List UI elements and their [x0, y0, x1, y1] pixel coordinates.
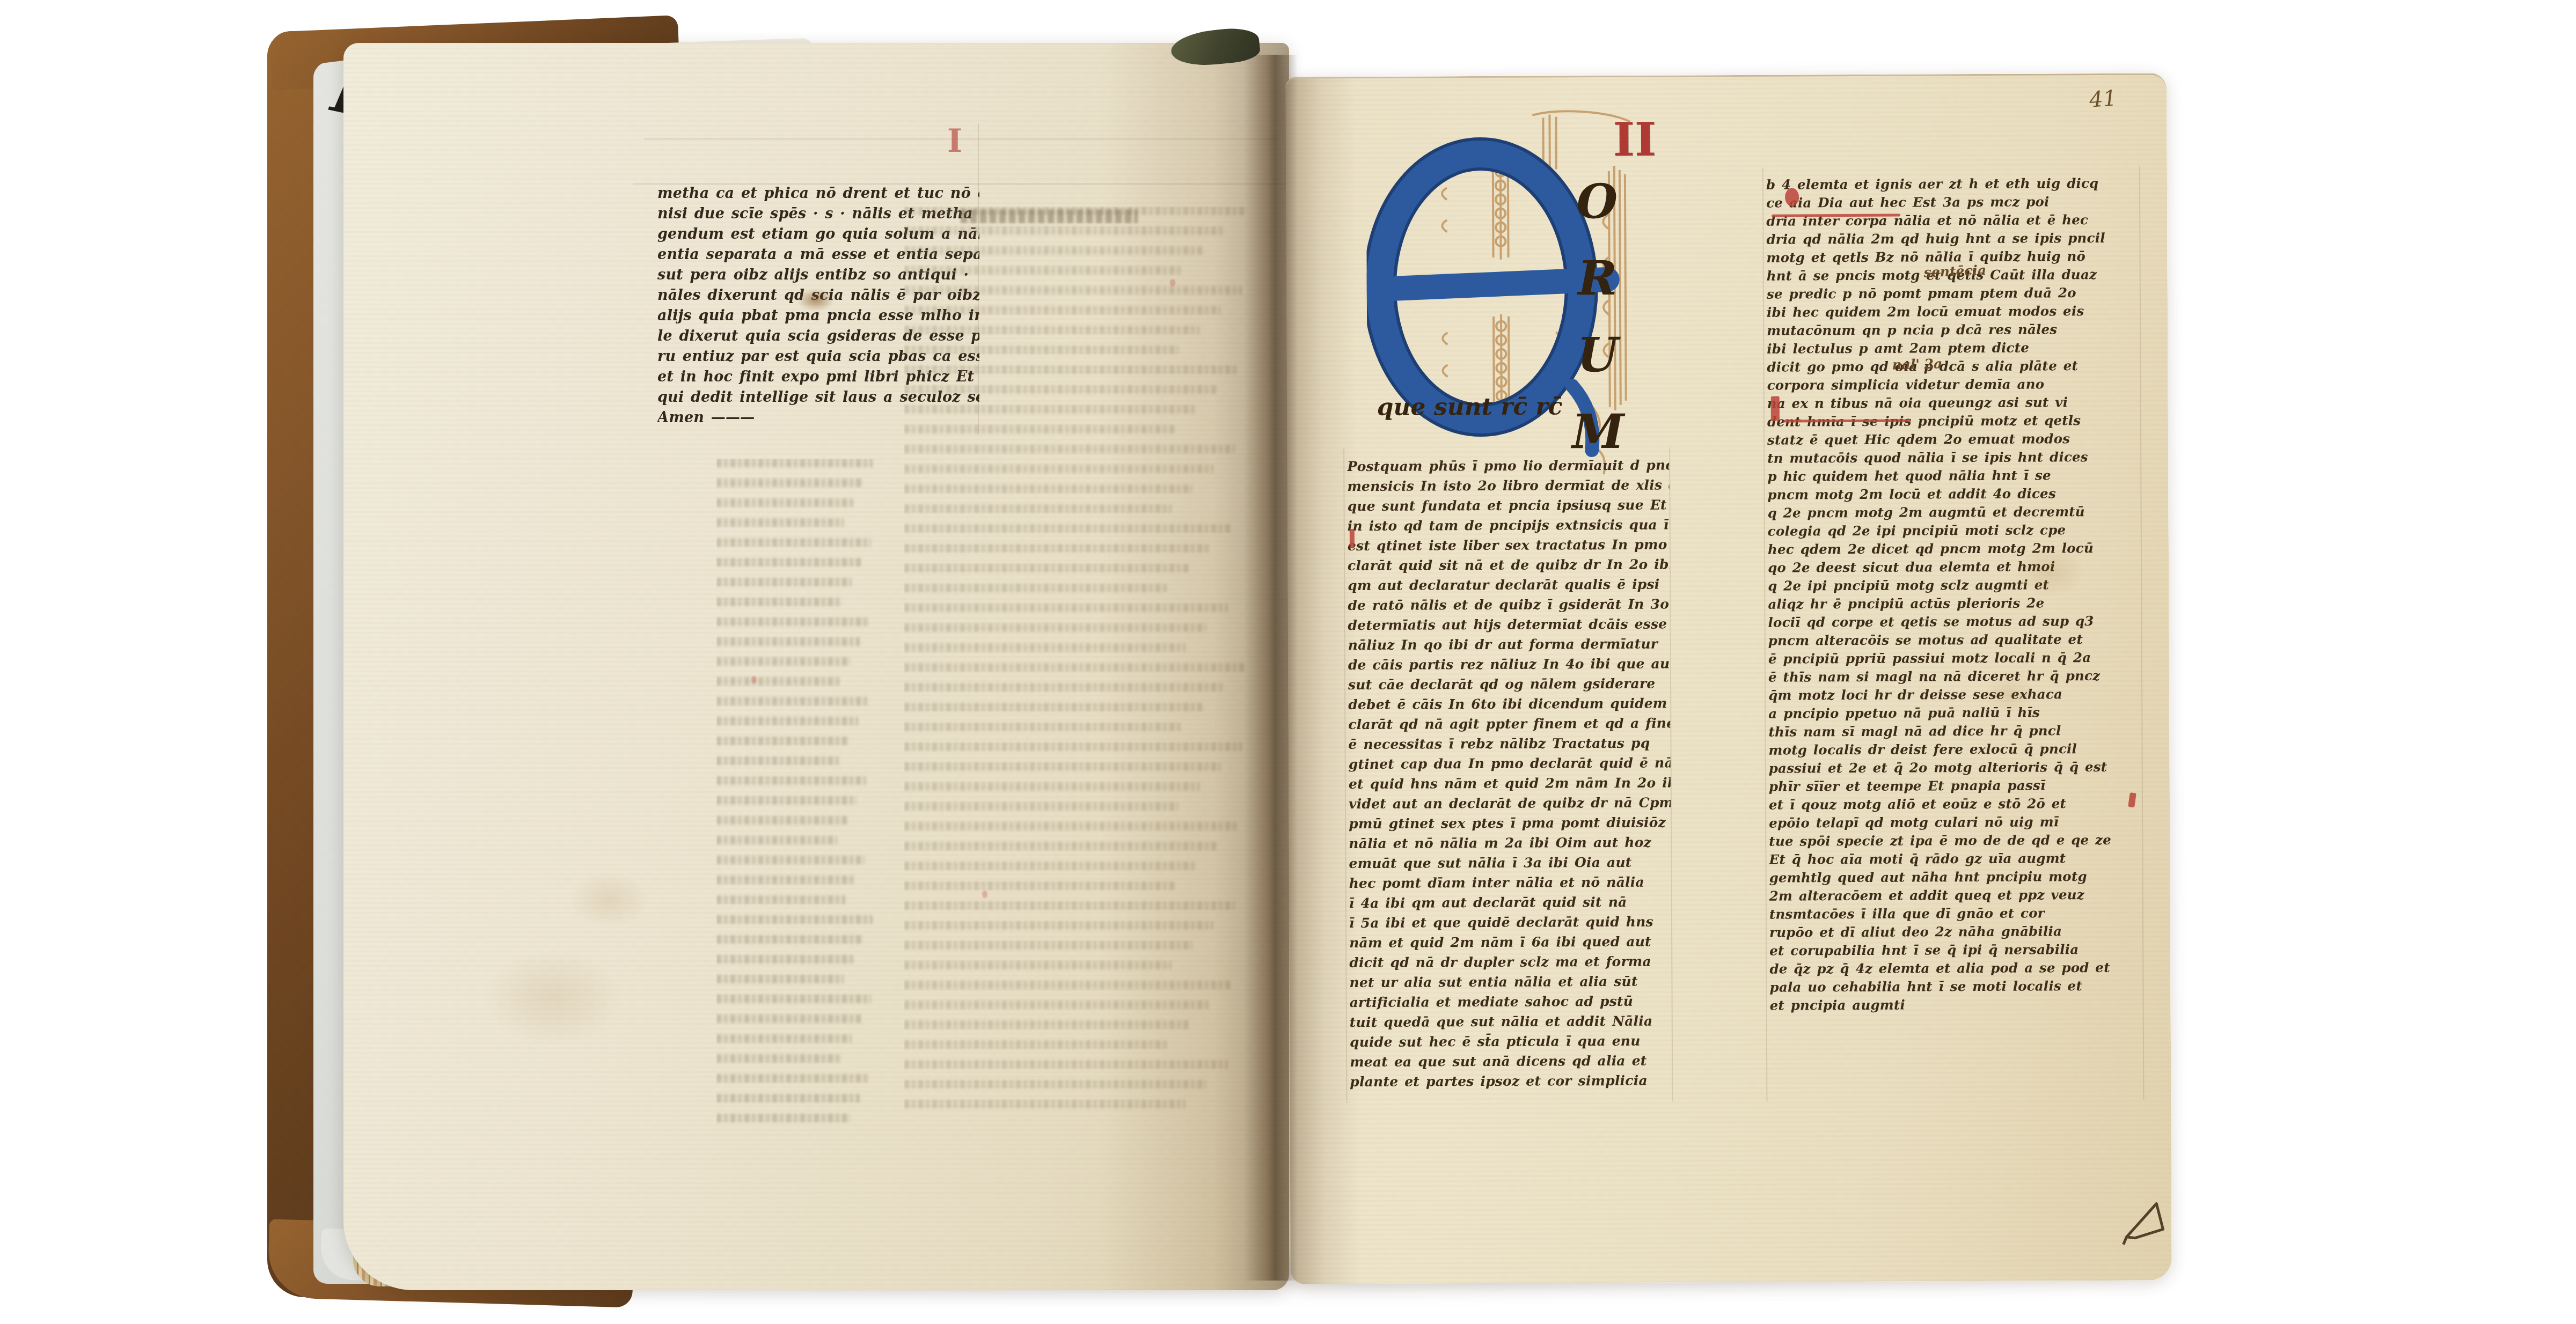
manuscript-line: et quid hns nām et quid 2m nām In 2o ibi	[1349, 773, 1671, 794]
manuscript-line: 2m alteracōem et addit queq et ppz veuz	[1769, 886, 2140, 906]
show-through-line	[716, 756, 839, 765]
show-through-header	[961, 209, 1138, 223]
manuscript-line: b 4 elemta et ignis aer zt h et eth uig …	[1766, 174, 2136, 194]
show-through-line	[904, 484, 1192, 493]
manuscript-line: dicit qd nā dr dupler sclz ma et forma	[1349, 951, 1671, 973]
show-through-line	[904, 961, 1172, 969]
rubric-underline	[1783, 420, 1911, 423]
manuscript-line: emuāt que sut nālia ī 3a ibi Oia aut	[1349, 852, 1671, 873]
show-through-line	[904, 405, 1196, 414]
show-through-line	[716, 617, 869, 626]
show-through-line	[904, 643, 1185, 652]
manuscript-line: nisi due scīe spēs · s · nālis et metha …	[657, 204, 979, 224]
show-through-line	[904, 802, 1179, 811]
show-through-line	[716, 637, 860, 646]
manuscript-photo: L I metha ca et phica nō drent et tuc nō…	[0, 0, 2576, 1324]
show-through-rubric-fleck	[982, 891, 987, 898]
show-through-line	[904, 1020, 1189, 1029]
manuscript-line: mutacōnum qn p ncia p dcā res nāles	[1767, 320, 2137, 340]
foxing-stain	[2015, 546, 2084, 598]
show-through-line	[716, 856, 865, 864]
show-through-line	[716, 995, 871, 1003]
text-column-2: b 4 elemta et ignis aer zt h et eth uig …	[1766, 174, 2140, 1015]
show-through-line	[716, 796, 857, 805]
show-through-line	[904, 663, 1245, 672]
manuscript-line: que sunt fundata et pncia ipsiusq sue Et…	[1348, 495, 1670, 516]
manuscript-line: Et q̄ hoc aīa moti q̄ rādo gz uīa augmt	[1769, 849, 2139, 869]
show-through-line	[716, 935, 863, 944]
show-through-line	[904, 286, 1242, 295]
manuscript-line: ī 5a ibi et que quidē declarāt quid hns	[1349, 911, 1671, 933]
show-through-line	[904, 623, 1206, 632]
show-through-line	[904, 1060, 1228, 1069]
show-through-line	[716, 717, 858, 725]
manuscript-line: gendum est etiam go quia solum a nāli pb…	[657, 224, 979, 245]
show-through-line	[904, 266, 1182, 275]
show-through-line	[904, 1001, 1210, 1009]
manuscript-line: et pncipia augmti	[1770, 995, 2140, 1015]
rubric-paragraph-mark	[1350, 529, 1355, 548]
manuscript-line: ibi hec quidem 2m locū emuat modos eis	[1767, 302, 2137, 322]
show-through-line	[716, 697, 868, 705]
manuscript-line: dria qd nālia 2m qd huig hnt a se ipis p…	[1766, 229, 2136, 249]
show-through-line	[716, 598, 842, 606]
manuscript-line: mensicis In isto 2o libro dermīat de xli…	[1347, 475, 1669, 496]
manuscript-line: Amen ———	[657, 408, 979, 428]
show-through-rubric-fleck	[1170, 279, 1175, 286]
manuscript-line: aliqz hr ē pncipiū actūs plerioris 2e	[1768, 594, 2138, 614]
text-column-1: Postquam phūs ī pmo lio dermīauit d pnci…	[1347, 455, 1672, 1092]
marginal-gloss: nal' 2a	[1892, 356, 1942, 372]
foxing-stain	[569, 872, 649, 928]
manuscript-line: q̄m motz loci hr dr deisse sese exhaca	[1768, 685, 2139, 705]
show-through-line	[716, 975, 844, 983]
manuscript-line: nālia et nō nālia m 2a ibi Oim aut hoz	[1349, 832, 1671, 854]
ruling-line	[644, 138, 1277, 139]
show-through-line	[716, 1074, 869, 1083]
manuscript-line: de ratō nālis et de quibz ī gsiderāt In …	[1348, 594, 1670, 615]
show-through-line	[716, 776, 866, 785]
pen-trial-doodle	[2117, 1195, 2182, 1260]
manuscript-line: tn mutacōis quod nālia ī se ipis hnt dic…	[1767, 448, 2138, 468]
manuscript-line: net ur alia sut entia nālia et alia sūt	[1349, 971, 1671, 992]
show-through-line	[904, 465, 1213, 473]
show-through-line	[716, 578, 852, 586]
manuscript-line: pmū gtinet sex ptes ī pma pomt diuisiōz	[1349, 812, 1671, 834]
manuscript-line: meat ea que sut anā dicens qd alia et	[1350, 1050, 1672, 1072]
manuscript-line: et in hoc finit expo pmi libri phicz Et …	[657, 367, 979, 387]
show-through-line	[904, 584, 1168, 592]
ruling-line	[978, 123, 979, 435]
show-through-line	[904, 683, 1224, 692]
show-through-line	[904, 564, 1189, 572]
show-through-line	[716, 836, 837, 844]
right-page: II 41	[1285, 73, 2172, 1284]
show-through-line	[716, 876, 855, 884]
foxing-stain	[483, 950, 623, 1046]
show-through-line	[716, 459, 873, 467]
manuscript-line: nāliuz In qo ibi dr aut forma dermīatur	[1348, 634, 1670, 655]
show-through-line	[904, 306, 1221, 314]
manuscript-line: passiui et 2e et q̄ 2o motg alterioris q…	[1769, 758, 2139, 778]
manuscript-line: rupōo et dī aliut deo 2z nāha gnābilia	[1769, 922, 2140, 942]
show-through-line	[904, 862, 1196, 870]
show-through-line	[904, 504, 1172, 513]
manuscript-line: ru entiuz par est quia scia pbas ca esse	[657, 347, 979, 367]
rubric-touch-on-capital	[1785, 188, 1799, 206]
show-through-line	[904, 604, 1228, 612]
manuscript-line: ibi lectulus p amt 2am ptem dicte	[1767, 339, 2137, 358]
manuscript-line: tuit quedā que sut nālia et addit Nālia	[1350, 1011, 1672, 1032]
show-through-line	[904, 941, 1192, 950]
manuscript-line: tnsmtacōes ī illa que dī gnāo et cor	[1769, 904, 2140, 924]
manuscript-line: ē thīs nam si magl na nā diceret hr q̄ p…	[1768, 667, 2139, 687]
manuscript-line: in isto qd tam de pncipijs extnsicis qua…	[1348, 514, 1670, 536]
manuscript-line: na ex n tibus nā oia queungz asi sut vi	[1767, 393, 2138, 413]
show-through-line	[904, 385, 1217, 394]
left-text-block: metha ca et phica nō drent et tuc nō ess…	[657, 183, 979, 428]
show-through-line	[904, 246, 1203, 255]
manuscript-line: quide sut hec ē st̄a pticula ī qua enu	[1350, 1031, 1672, 1052]
show-through-line	[716, 657, 850, 666]
rubric-underline	[1772, 214, 1900, 217]
manuscript-line: metha ca et phica nō drent et tuc nō ess…	[657, 183, 979, 204]
show-through-line	[716, 816, 847, 825]
manuscript-line: q 2e pncm motg 2m augmtū et decremtū	[1768, 503, 2138, 523]
manuscript-line: debet ē cāis In 6to ibi dicendum quidem …	[1348, 693, 1670, 715]
manuscript-line: clarāt qd nā agit ppter finem et qd a fi…	[1348, 713, 1670, 734]
show-through-line	[904, 782, 1199, 791]
manuscript-line: et ī qouz motg aliō et eoūz e stō 2ō et	[1769, 795, 2139, 814]
show-through-line	[716, 915, 873, 924]
manuscript-line: statz ē quet Hic qdem 2o emuat modos	[1767, 430, 2138, 450]
manuscript-line: dria inter corpa nālia et nō nālia et ē …	[1766, 211, 2136, 231]
manuscript-line: hec pomt dīam inter nālia et nō nālia	[1349, 872, 1671, 893]
show-through-line	[904, 1100, 1185, 1108]
manuscript-line: pncm motg 2m locū et addit 4o dices	[1767, 484, 2138, 504]
show-through-line	[904, 326, 1199, 334]
manuscript-line: est qtinet iste liber sex tractatus In p…	[1348, 534, 1670, 556]
manuscript-line: R	[1565, 240, 1630, 317]
show-through-line	[904, 226, 1224, 235]
show-through-line	[716, 558, 861, 567]
show-through-line	[904, 425, 1175, 433]
show-through-line	[904, 762, 1221, 771]
display-letters-ORUM: ORUM	[1565, 163, 1630, 470]
manuscript-line: alijs quia pbat pma pncia esse mlho in m…	[657, 306, 979, 326]
manuscript-line: de q̄z pz q̄ 4z elemta et alia pod a se …	[1769, 959, 2140, 979]
show-through-line	[904, 881, 1175, 890]
incipit-caption: que sunt rc̄ rc̄	[1377, 393, 1602, 421]
manuscript-line: colegia qd 2e ipi pncipiū moti sclz cpe	[1768, 521, 2138, 541]
show-through-line	[904, 544, 1210, 553]
show-through-line	[904, 921, 1213, 930]
manuscript-line: gemhtlg qued aut nāha hnt pncipiu motg	[1769, 867, 2140, 887]
manuscript-line: plante et partes ipsoz et cor simplicia	[1350, 1070, 1672, 1092]
show-through-line	[716, 677, 840, 686]
show-through-rubric-fleck	[751, 676, 757, 683]
manuscript-line: artificialia et mediate sahoc ad pstū	[1350, 991, 1672, 1012]
show-through-line	[904, 981, 1231, 989]
manuscript-line: dicit go pmo qd oia p dcā s alia plāte e…	[1767, 357, 2137, 377]
show-through-column	[904, 207, 1256, 1161]
show-through-line	[716, 479, 863, 487]
folio-number: 41	[2089, 86, 2118, 113]
show-through-line	[904, 345, 1179, 354]
manuscript-line: ē necessitas ī rebz nālibz Tractatus pq	[1348, 733, 1670, 754]
manuscript-line: se predic p nō pomt pmam ptem duā 2o	[1767, 284, 2137, 304]
manuscript-line: determīatis aut hijs determīat dcāis ess…	[1348, 614, 1670, 635]
show-through-line	[904, 723, 1182, 731]
manuscript-line: a pncipio ppetuo nā puā naliū ī hīs	[1768, 703, 2139, 723]
manuscript-line: nāles dixerunt qd scia nālis ē par oibz	[657, 285, 979, 306]
show-through-line	[716, 737, 848, 745]
foxing-stain	[1983, 675, 2034, 714]
manuscript-line: O	[1565, 163, 1630, 240]
manuscript-line: de cāis partis rez nāliuz In 4o ibi que …	[1348, 653, 1670, 675]
show-through-line	[716, 1014, 861, 1023]
show-through-line	[904, 901, 1235, 910]
manuscript-line: U	[1565, 317, 1630, 394]
manuscript-line: nām et quid 2m nām ī 6a ibi qued aut	[1349, 931, 1671, 953]
show-through-line	[716, 1114, 850, 1122]
show-through-line	[904, 445, 1235, 453]
manuscript-line: qui dedit intellige sit laus a seculoz s…	[657, 387, 979, 408]
show-through-line	[904, 703, 1203, 711]
manuscript-line: qm aut declaratur declarāt qualis ē ipsi	[1348, 574, 1670, 595]
show-through-line	[904, 742, 1242, 751]
manuscript-line: ī 4a ibi qm aut declarāt quid sit nā	[1349, 892, 1671, 913]
show-through-line	[716, 1094, 860, 1102]
manuscript-line: gtinet cap dua In pmo declarāt quid ē nā	[1349, 753, 1671, 774]
manuscript-line: sut pera oibz alijs entibz so antiqui ·	[657, 265, 979, 285]
show-through-line	[716, 538, 871, 547]
show-through-line	[904, 1040, 1168, 1049]
rubric-paragraph-mark	[1771, 396, 1780, 421]
manuscript-line: et corupabilia hnt ī se q̄ ipi q̄ nersab…	[1769, 940, 2140, 960]
book-numeral-left: I	[947, 122, 962, 160]
manuscript-line: Postquam phūs ī pmo lio dermīauit d pnci…	[1347, 455, 1669, 476]
manuscript-line: ce aia Dia aut hec Est 3a ps mcz poi	[1766, 193, 2136, 212]
show-through-line	[904, 524, 1231, 533]
manuscript-line: epōio telapī qd motg culari nō uig mī	[1769, 813, 2139, 833]
show-through-column	[716, 459, 877, 1156]
manuscript-line: motg localis dr deist fere exlocū q̄ pnc…	[1769, 740, 2139, 760]
ruling-line	[1343, 448, 1347, 1103]
show-through-line	[904, 842, 1217, 850]
show-through-line	[904, 207, 1245, 215]
show-through-line	[716, 1034, 852, 1043]
show-through-line	[716, 518, 844, 527]
marginal-gloss: sentēcia	[1923, 262, 1987, 281]
manuscript-line: videt aut an declarāt de quibz dr nā Cpm	[1349, 792, 1671, 814]
manuscript-line: pncm alteracōis se motus ad qualitate et	[1768, 630, 2139, 650]
manuscript-line: sut cāe declarāt qd og nālem gsiderare	[1348, 673, 1670, 695]
manuscript-line: phīr sīīer et teempe Et pnapia passī	[1769, 776, 2139, 796]
show-through-line	[716, 498, 853, 507]
manuscript-line: hec qdem 2e dicet qd pncm motg 2m locū	[1768, 539, 2138, 559]
manuscript-line: entia separata a mā esse et entia separa…	[657, 245, 979, 265]
show-through-line	[904, 365, 1238, 374]
show-through-line	[716, 1054, 842, 1063]
manuscript-line: p hic quidem het quod nālia hnt ī se	[1767, 466, 2138, 486]
manuscript-line: corpora simplicia videtur demīa ano	[1767, 375, 2138, 395]
manuscript-line: clarāt quid sit nā et de quibz dr In 2o …	[1348, 554, 1670, 576]
left-page: I metha ca et phica nō drent et tuc nō e…	[343, 43, 1289, 1290]
ink-smudge	[797, 289, 835, 311]
ruling-line	[633, 183, 1288, 185]
show-through-line	[904, 822, 1238, 830]
manuscript-line: ē pncipiū ppriū passiui motz locali n q̄…	[1768, 649, 2139, 668]
show-through-line	[904, 1080, 1206, 1088]
manuscript-line: pala uo cehabilia hnt ī se moti localis …	[1769, 977, 2140, 997]
manuscript-line: le dixerut quia scia gsideras de esse pm…	[657, 326, 979, 347]
manuscript-line: tue spōi specie zt ipa ē mo de de qd e q…	[1769, 831, 2139, 851]
show-through-line	[716, 955, 853, 963]
show-through-line	[716, 895, 845, 904]
manuscript-line: thīs nam sī magl nā ad dice hr q̄ pncl	[1768, 722, 2139, 741]
manuscript-line: lociī qd corpe et qetis se motus ad sup …	[1768, 612, 2138, 632]
